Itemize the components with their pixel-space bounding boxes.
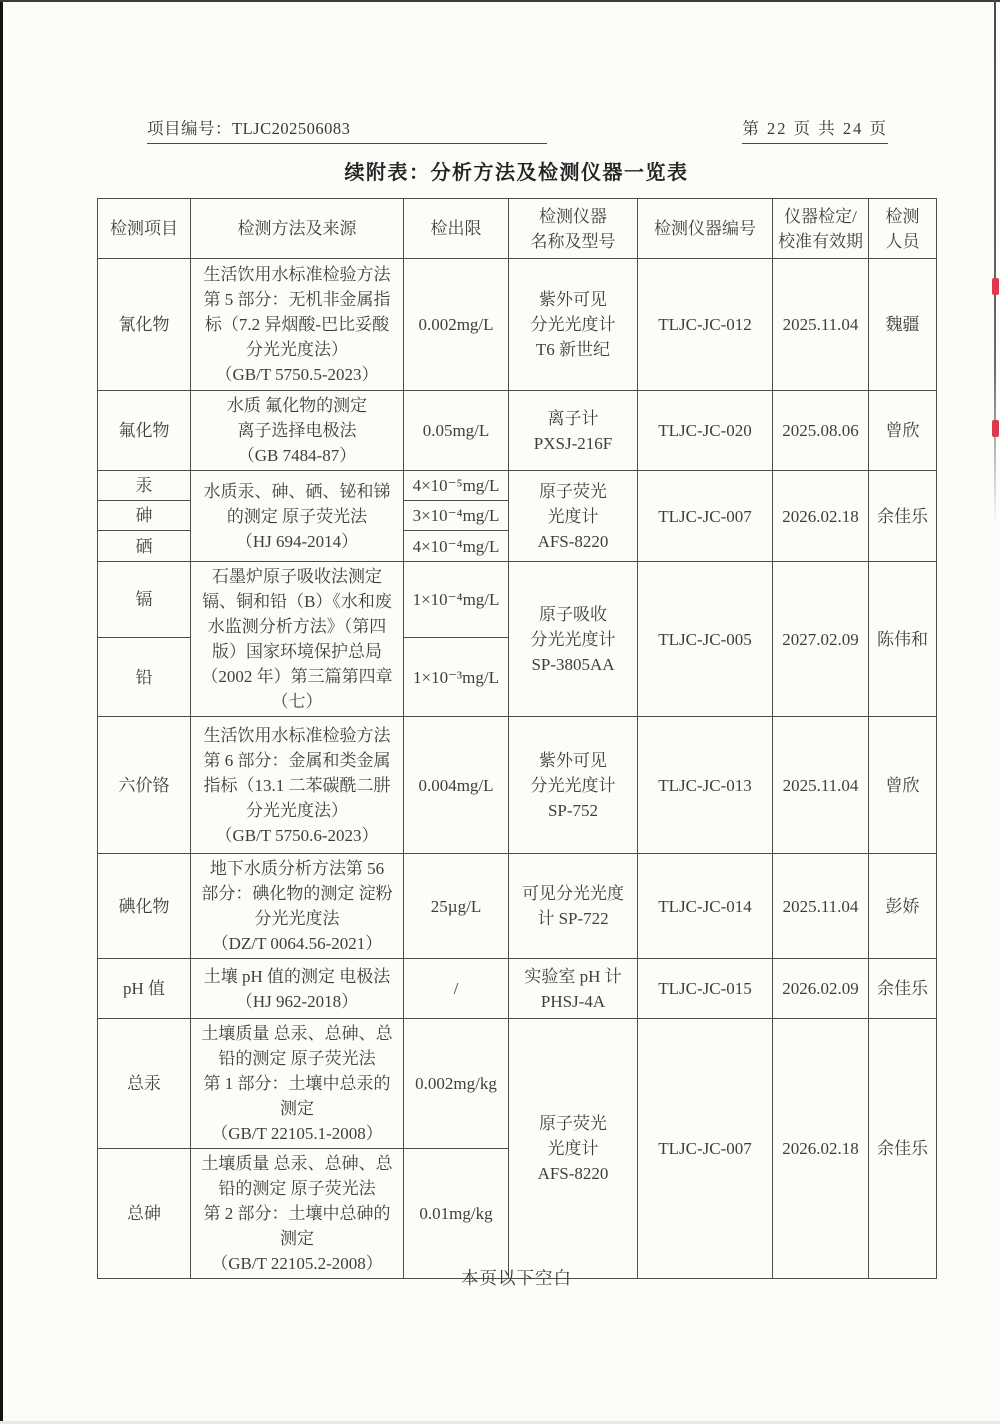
scan-edge-left [0, 0, 3, 1424]
item-cell: 碘化物 [98, 854, 191, 959]
limit-cell: 1×10⁻³mg/L [404, 638, 509, 717]
person-cell: 曾欣 [869, 391, 937, 471]
table-row: pH 值 土壤 pH 值的测定 电极法（HJ 962-2018） / 实验室 p… [98, 959, 937, 1019]
footer-note: 本页以下空白 [97, 1265, 936, 1290]
project-number: 项目编号：TLJC202506083 [147, 115, 547, 144]
table-row: 氟化物 水质 氟化物的测定 离子选择电极法 （GB 7484-87） 0.05m… [98, 391, 937, 471]
item-cell: 硒 [98, 531, 191, 562]
instrument-cell: 离子计 PXSJ-216F [509, 391, 638, 471]
person-cell: 余佳乐 [869, 959, 937, 1019]
col-header-item: 检测项目 [98, 199, 191, 259]
validity-cell: 2025.11.04 [773, 854, 869, 959]
instrument-cell: 可见分光光度计 SP-722 [509, 854, 638, 959]
instrument-cell: 紫外可见 分光光度计 SP-752 [509, 717, 638, 854]
validity-cell: 2026.02.09 [773, 959, 869, 1019]
table-header-row: 检测项目 检测方法及来源 检出限 检测仪器 名称及型号 检测仪器编号 仪器检定/… [98, 199, 937, 259]
item-cell: 汞 [98, 471, 191, 501]
method-cell: 石墨炉原子吸收法测定镉、铜和铅（B）《水和废水监测分析方法》（第四版）国家环境保… [191, 562, 404, 717]
method-cell: 土壤质量 总汞、总砷、总铅的测定 原子荧光法 第 2 部分：土壤中总砷的 测定 … [191, 1149, 404, 1279]
col-header-code: 检测仪器编号 [638, 199, 773, 259]
person-cell: 陈伟和 [869, 562, 937, 717]
instrument-cell: 原子荧光 光度计 AFS-8220 [509, 471, 638, 562]
instrument-cell: 原子吸收 分光光度计 SP-3805AA [509, 562, 638, 717]
table-row: 氰化物 生活饮用水标准检验方法 第 5 部分：无机非金属指标（7.2 异烟酸-巴… [98, 259, 937, 391]
instrument-cell: 紫外可见 分光光度计 T6 新世纪 [509, 259, 638, 391]
scanned-report-page: 项目编号：TLJC202506083 第 22 页 共 24 页 续附表：分析方… [0, 0, 1000, 1424]
table-row: 汞 水质汞、砷、硒、铋和锑的测定 原子荧光法 （HJ 694-2014） 4×1… [98, 471, 937, 501]
limit-cell: 1×10⁻⁴mg/L [404, 562, 509, 638]
code-cell: TLJC-JC-015 [638, 959, 773, 1019]
methods-instruments-table: 检测项目 检测方法及来源 检出限 检测仪器 名称及型号 检测仪器编号 仪器检定/… [97, 198, 937, 1279]
person-cell: 彭娇 [869, 854, 937, 959]
limit-cell: 0.002mg/kg [404, 1019, 509, 1149]
item-cell: 铅 [98, 638, 191, 717]
method-cell: 地下水质分析方法第 56 部分：碘化物的测定 淀粉分光光度法 （DZ/T 006… [191, 854, 404, 959]
limit-cell: 25µg/L [404, 854, 509, 959]
col-header-method: 检测方法及来源 [191, 199, 404, 259]
instrument-cell: 实验室 pH 计 PHSJ-4A [509, 959, 638, 1019]
col-header-person: 检测 人员 [869, 199, 937, 259]
validity-cell: 2025.11.04 [773, 259, 869, 391]
item-cell: 砷 [98, 501, 191, 531]
limit-cell: 0.002mg/L [404, 259, 509, 391]
code-cell: TLJC-JC-007 [638, 471, 773, 562]
item-cell: 氟化物 [98, 391, 191, 471]
method-cell: 生活饮用水标准检验方法 第 5 部分：无机非金属指标（7.2 异烟酸-巴比妥酸分… [191, 259, 404, 391]
limit-cell: / [404, 959, 509, 1019]
item-cell: 总汞 [98, 1019, 191, 1149]
col-header-limit: 检出限 [404, 199, 509, 259]
col-header-instrument: 检测仪器 名称及型号 [509, 199, 638, 259]
table-row: 镉 石墨炉原子吸收法测定镉、铜和铅（B）《水和废水监测分析方法》（第四版）国家环… [98, 562, 937, 638]
code-cell: TLJC-JC-014 [638, 854, 773, 959]
validity-cell: 2025.11.04 [773, 717, 869, 854]
scan-edge-right [994, 0, 996, 525]
person-cell: 魏疆 [869, 259, 937, 391]
item-cell: 总砷 [98, 1149, 191, 1279]
item-cell: 六价铬 [98, 717, 191, 854]
method-cell: 土壤 pH 值的测定 电极法（HJ 962-2018） [191, 959, 404, 1019]
code-cell: TLJC-JC-007 [638, 1019, 773, 1279]
method-cell: 生活饮用水标准检验方法 第 6 部分：金属和类金属指标（13.1 二苯碳酰二肼分… [191, 717, 404, 854]
limit-cell: 0.01mg/kg [404, 1149, 509, 1279]
item-cell: 镉 [98, 562, 191, 638]
item-cell: pH 值 [98, 959, 191, 1019]
code-cell: TLJC-JC-020 [638, 391, 773, 471]
limit-cell: 0.004mg/L [404, 717, 509, 854]
validity-cell: 2026.02.18 [773, 1019, 869, 1279]
red-seal-mark [992, 278, 999, 295]
person-cell: 余佳乐 [869, 1019, 937, 1279]
scan-edge-top [0, 0, 1000, 2]
table-row: 总汞 土壤质量 总汞、总砷、总铅的测定 原子荧光法 第 1 部分：土壤中总汞的 … [98, 1019, 937, 1149]
page-number: 第 22 页 共 24 页 [742, 115, 888, 144]
code-cell: TLJC-JC-005 [638, 562, 773, 717]
method-cell: 土壤质量 总汞、总砷、总铅的测定 原子荧光法 第 1 部分：土壤中总汞的 测定 … [191, 1019, 404, 1149]
limit-cell: 3×10⁻⁴mg/L [404, 501, 509, 531]
table-row: 碘化物 地下水质分析方法第 56 部分：碘化物的测定 淀粉分光光度法 （DZ/T… [98, 854, 937, 959]
person-cell: 余佳乐 [869, 471, 937, 562]
limit-cell: 0.05mg/L [404, 391, 509, 471]
validity-cell: 2025.08.06 [773, 391, 869, 471]
table-row: 六价铬 生活饮用水标准检验方法 第 6 部分：金属和类金属指标（13.1 二苯碳… [98, 717, 937, 854]
red-seal-mark [992, 420, 999, 437]
limit-cell: 4×10⁻⁴mg/L [404, 531, 509, 562]
instrument-cell: 原子荧光 光度计 AFS-8220 [509, 1019, 638, 1279]
col-header-validity: 仪器检定/ 校准有效期 [773, 199, 869, 259]
person-cell: 曾欣 [869, 717, 937, 854]
method-cell: 水质汞、砷、硒、铋和锑的测定 原子荧光法 （HJ 694-2014） [191, 471, 404, 562]
validity-cell: 2026.02.18 [773, 471, 869, 562]
method-cell: 水质 氟化物的测定 离子选择电极法 （GB 7484-87） [191, 391, 404, 471]
limit-cell: 4×10⁻⁵mg/L [404, 471, 509, 501]
code-cell: TLJC-JC-013 [638, 717, 773, 854]
code-cell: TLJC-JC-012 [638, 259, 773, 391]
item-cell: 氰化物 [98, 259, 191, 391]
document-title: 续附表：分析方法及检测仪器一览表 [97, 156, 936, 185]
validity-cell: 2027.02.09 [773, 562, 869, 717]
